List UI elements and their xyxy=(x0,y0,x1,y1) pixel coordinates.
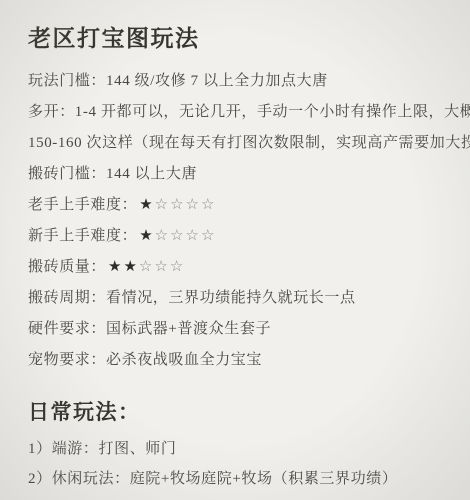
star-empty-icons: ☆☆☆☆ xyxy=(155,197,217,213)
rating-quality: 搬砖质量：★★☆☆☆ xyxy=(28,252,446,283)
daily-item-1: 1）端游：打图、师门 xyxy=(28,434,446,464)
line-hardware-requirement: 硬件要求：国标武器+普渡众生套子 xyxy=(28,314,446,345)
line-multi-open: 多开：1-4 开都可以，无论几开，手动一个小时有操作上限，大概 xyxy=(28,97,446,128)
daily-playstyle-heading: 日常玩法： xyxy=(28,398,446,426)
line-pet-requirement: 宠物要求：必杀夜战吸血全力宝宝 xyxy=(28,345,446,376)
rating-quality-label: 搬砖质量： xyxy=(28,259,106,275)
rating-veteran-label: 老手上手难度： xyxy=(28,197,137,213)
line-multi-open-continued: 150-160 次这样（现在每天有打图次数限制，实现高产需要加大投入） xyxy=(28,128,446,159)
star-filled-icons: ★ xyxy=(139,197,154,213)
article-body: 老区打宝图玩法 玩法门槛：144 级/攻修 7 以上全力加点大唐 多开：1-4 … xyxy=(0,0,470,494)
article-title: 老区打宝图玩法 xyxy=(28,24,446,54)
line-cycle: 搬砖周期：看情况，三界功绩能持久就玩长一点 xyxy=(28,283,446,314)
daily-item-2: 2）休闲玩法：庭院+牧场庭院+牧场（积累三界功绩） xyxy=(28,464,446,494)
star-filled-icons: ★ xyxy=(139,228,154,244)
line-playstyle-threshold: 玩法门槛：144 级/攻修 7 以上全力加点大唐 xyxy=(28,66,446,97)
document-page: 老区打宝图玩法 玩法门槛：144 级/攻修 7 以上全力加点大唐 多开：1-4 … xyxy=(0,0,470,500)
rating-newbie-difficulty: 新手上手难度：★☆☆☆☆ xyxy=(28,221,446,252)
star-filled-icons: ★★ xyxy=(108,259,139,275)
rating-veteran-difficulty: 老手上手难度：★☆☆☆☆ xyxy=(28,190,446,221)
star-empty-icons: ☆☆☆ xyxy=(139,259,185,275)
rating-newbie-label: 新手上手难度： xyxy=(28,228,137,244)
star-empty-icons: ☆☆☆☆ xyxy=(155,228,217,244)
line-banzhuan-threshold: 搬砖门槛：144 以上大唐 xyxy=(28,159,446,190)
